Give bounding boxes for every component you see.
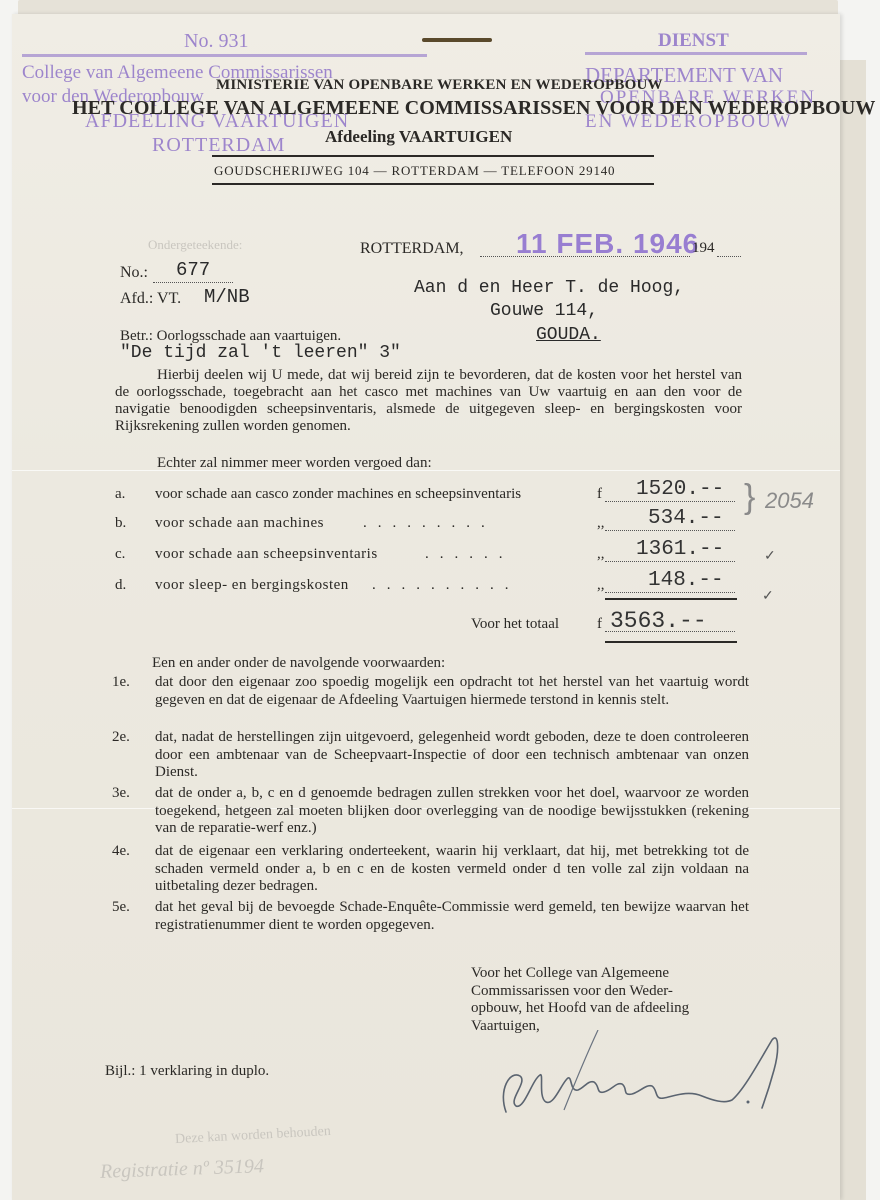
year-prefix: 194 — [692, 240, 715, 257]
total-rule — [605, 641, 737, 643]
stamp-rule — [22, 54, 427, 57]
letterhead-rule-top — [212, 155, 654, 157]
no-label: No.: — [120, 264, 148, 281]
condition-text: dat de onder a, b, c en d genoemde bedra… — [155, 785, 749, 838]
bleed-through-text: Ondergeteekende: — [148, 237, 242, 253]
item-amount: 1520.-- — [636, 478, 724, 501]
echter-line: Echter zal nimmer meer worden vergoed da… — [157, 455, 432, 472]
letterhead-department: Afdeeling VAARTUIGEN — [325, 127, 512, 147]
leader-dots: ......... — [363, 515, 496, 532]
stamp-city: ROTTERDAM — [152, 134, 285, 157]
condition-number: 2e. — [112, 729, 130, 747]
leader-dots: ...... — [425, 546, 514, 563]
subtotal-rule — [605, 598, 737, 600]
vessel-name: "De tijd zal 't leeren" 3" — [120, 343, 401, 363]
total-amount: 3563.-- — [610, 608, 707, 634]
condition-text: dat door den eigenaar zoo spoedig mogeli… — [155, 674, 749, 709]
currency-symbol: f — [597, 486, 602, 503]
condition-number: 3e. — [112, 785, 130, 803]
stamp-dienst: DIENST — [658, 30, 729, 52]
item-amount: 1361.-- — [636, 538, 724, 561]
item-letter: b. — [115, 515, 126, 532]
recipient-name: Aan d en Heer T. de Hoog, — [414, 278, 684, 298]
underlying-page-edge — [838, 60, 866, 1200]
stamp-number: No. 931 — [184, 30, 248, 53]
ditto-mark: ,, — [597, 515, 605, 532]
closing-block: Voor het College van Algemeene Commissar… — [471, 965, 689, 1035]
item-letter: a. — [115, 486, 125, 503]
item-letter: d. — [115, 577, 126, 594]
date-stamp: 11 FEB. 1946 — [516, 228, 699, 260]
year-field-line — [717, 240, 741, 257]
condition-number: 5e. — [112, 899, 130, 917]
conditions-intro: Een en ander onder de navolgende voorwaa… — [152, 655, 445, 672]
letterhead-rule-bottom — [212, 183, 654, 185]
item-letter: c. — [115, 546, 125, 563]
recipient-city: GOUDA. — [536, 325, 601, 345]
item-label: voor sleep- en bergingskosten — [155, 577, 349, 594]
check-mark-icon: ✓ — [762, 588, 774, 605]
closing-line: opbouw, het Hoofd van de afdeeling — [471, 1000, 689, 1018]
item-label: voor schade aan scheepsinventaris — [155, 546, 378, 563]
enclosure-note: Bijl.: 1 verklaring in duplo. — [105, 1063, 269, 1080]
item-amount: 148.-- — [648, 569, 724, 592]
item-label: voor schade aan machines — [155, 515, 324, 532]
total-label: Voor het totaal — [471, 616, 559, 633]
leader-dots: .......... — [372, 577, 520, 594]
condition-text: dat de eigenaar een verklaring onderteek… — [155, 843, 749, 896]
paper-clip — [422, 38, 492, 42]
letter-page — [12, 14, 840, 1200]
recipient-street: Gouwe 114, — [490, 301, 598, 321]
condition-number: 4e. — [112, 843, 130, 861]
letterhead-ministry: MINISTERIE VAN OPENBARE WERKEN EN WEDERO… — [216, 77, 663, 94]
afd-label: Afd.: VT. — [120, 290, 181, 307]
intro-paragraph: Hierbij deelen wij U mede, dat wij berei… — [115, 367, 742, 435]
letterhead-address: GOUDSCHERIJWEG 104 — ROTTERDAM — TELEFOO… — [214, 163, 615, 179]
stamp-rule — [585, 52, 807, 55]
letterhead-college: HET COLLEGE VAN ALGEMEENE COMMISSARISSEN… — [72, 97, 875, 120]
item-label: voor schade aan casco zonder machines en… — [155, 486, 521, 503]
condition-text: dat, nadat de herstellingen zijn uitgevo… — [155, 729, 749, 782]
closing-line: Voor het College van Algemeene — [471, 965, 689, 983]
ditto-mark: ,, — [597, 577, 605, 594]
item-amount: 534.-- — [648, 507, 724, 530]
afd-value: M/NB — [204, 286, 250, 308]
condition-number: 1e. — [112, 674, 130, 692]
condition-text: dat het geval bij de bevoegde Schade-Enq… — [155, 899, 749, 934]
ditto-mark: ,, — [597, 546, 605, 563]
signature — [488, 1030, 788, 1120]
place-label: ROTTERDAM, — [360, 240, 464, 257]
currency-symbol: f — [597, 616, 602, 633]
brace-mark: } — [744, 478, 755, 517]
closing-line: Commissarissen voor den Weder- — [471, 983, 689, 1001]
no-value: 677 — [176, 259, 210, 281]
check-mark-icon: ✓ — [764, 548, 776, 565]
pencil-note: 2054 — [765, 488, 814, 514]
